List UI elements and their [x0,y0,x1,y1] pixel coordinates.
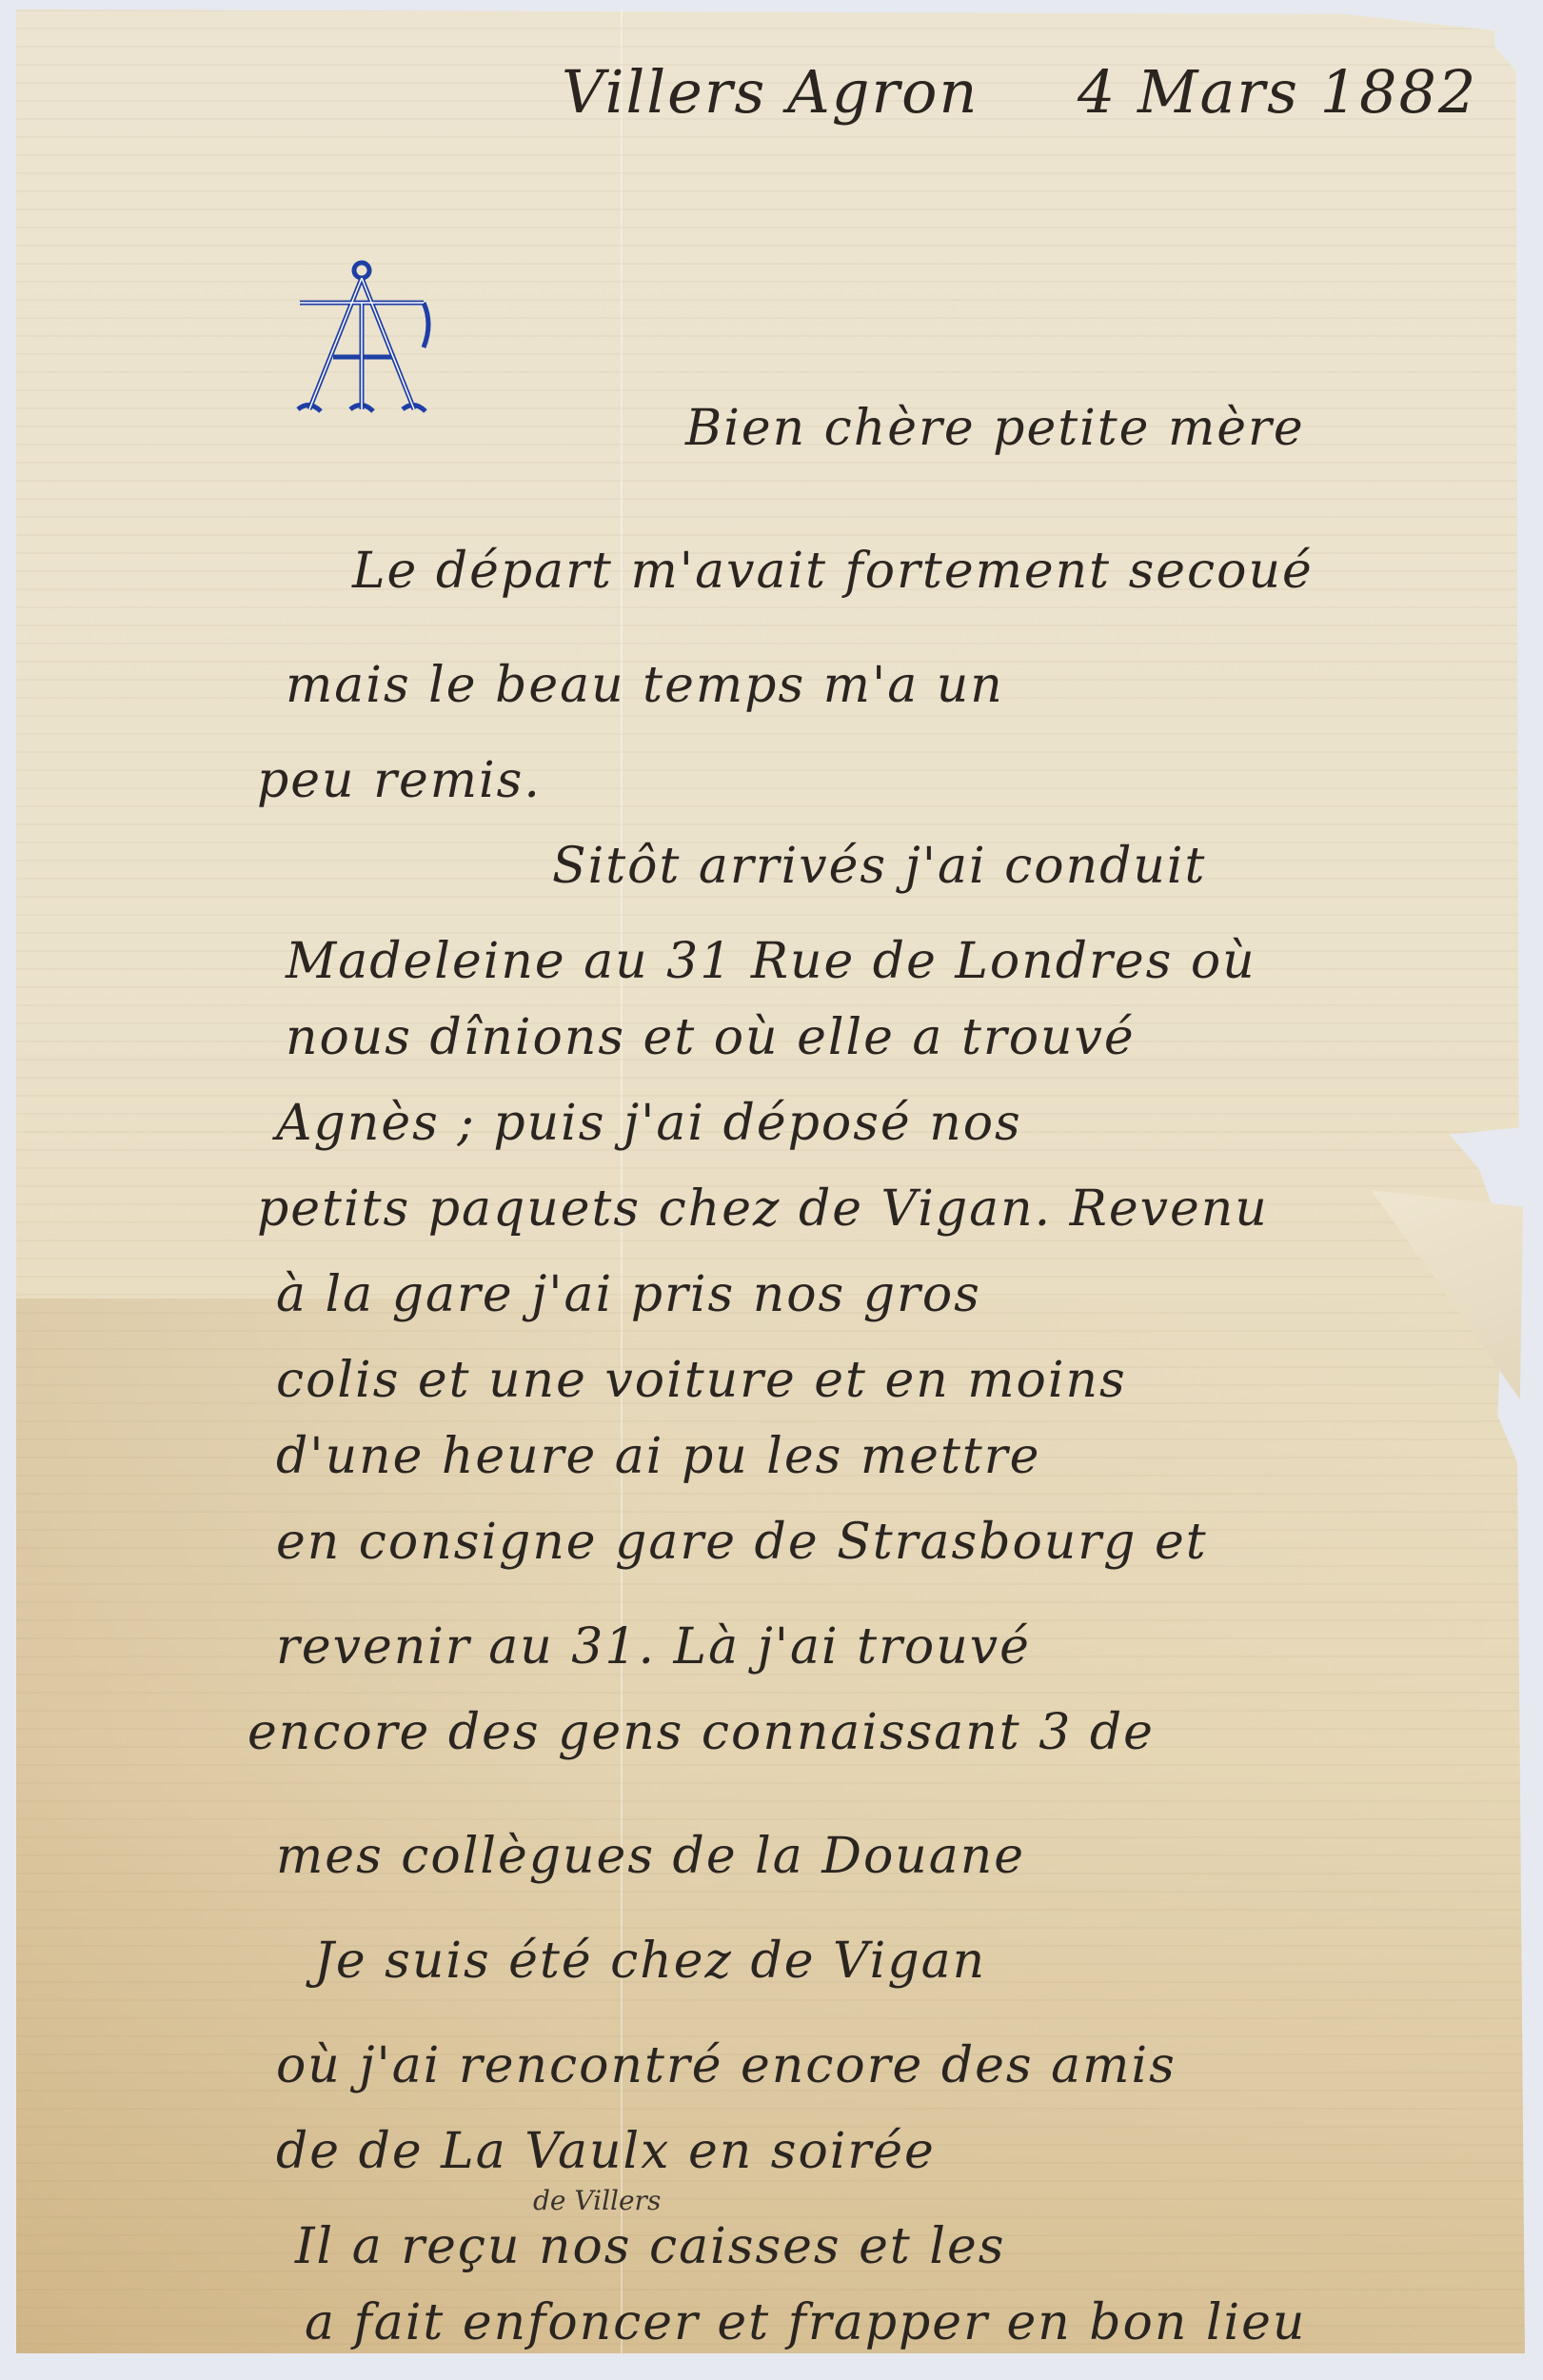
body-line: Madeleine au 31 Rue de Londres où [286,933,1256,990]
body-line: colis et une voiture et en moins [276,1352,1127,1409]
body-line: Je suis été chez de Vigan [314,1933,986,1990]
header-place: Villers Agron [562,57,979,127]
body-line: à la gare j'ai pris nos gros [276,1266,981,1323]
body-line: Il a reçu nos caisses et les [295,2218,1005,2275]
monogram-icon [281,257,443,424]
body-line: mais le beau temps m'a un [286,657,1004,714]
body-line: petits paquets chez de Vigan. Revenu [257,1180,1269,1238]
body-line: peu remis. [257,752,542,809]
interlinear-note: de Villers [533,2185,661,2216]
letter-header: Villers Agron 4 Mars 1882 [562,57,1477,127]
body-line: en consigne gare de Strasbourg et [276,1514,1208,1571]
body-line: revenir au 31. Là j'ai trouvé [276,1618,1031,1676]
body-line: mes collègues de la Douane [276,1828,1025,1885]
body-line: où j'ai rencontré encore des amis [276,2037,1177,2094]
header-date: 4 Mars 1882 [1078,57,1478,127]
body-line: Agnès ; puis j'ai déposé nos [276,1095,1022,1152]
body-line: encore des gens connaissant 3 de [247,1704,1155,1761]
body-line: Sitôt arrivés j'ai conduit [552,838,1206,895]
body-line: nous dînions et où elle a trouvé [286,1009,1136,1066]
body-line: de de La Vaulx en soirée [276,2123,936,2180]
body-line: a fait enfoncer et frapper en bon lieu [305,2294,1306,2351]
body-line: Le départ m'avait fortement secoué [352,543,1314,600]
salutation: Bien chère petite mère [685,400,1305,457]
body-line: d'une heure ai pu les mettre [276,1428,1040,1485]
